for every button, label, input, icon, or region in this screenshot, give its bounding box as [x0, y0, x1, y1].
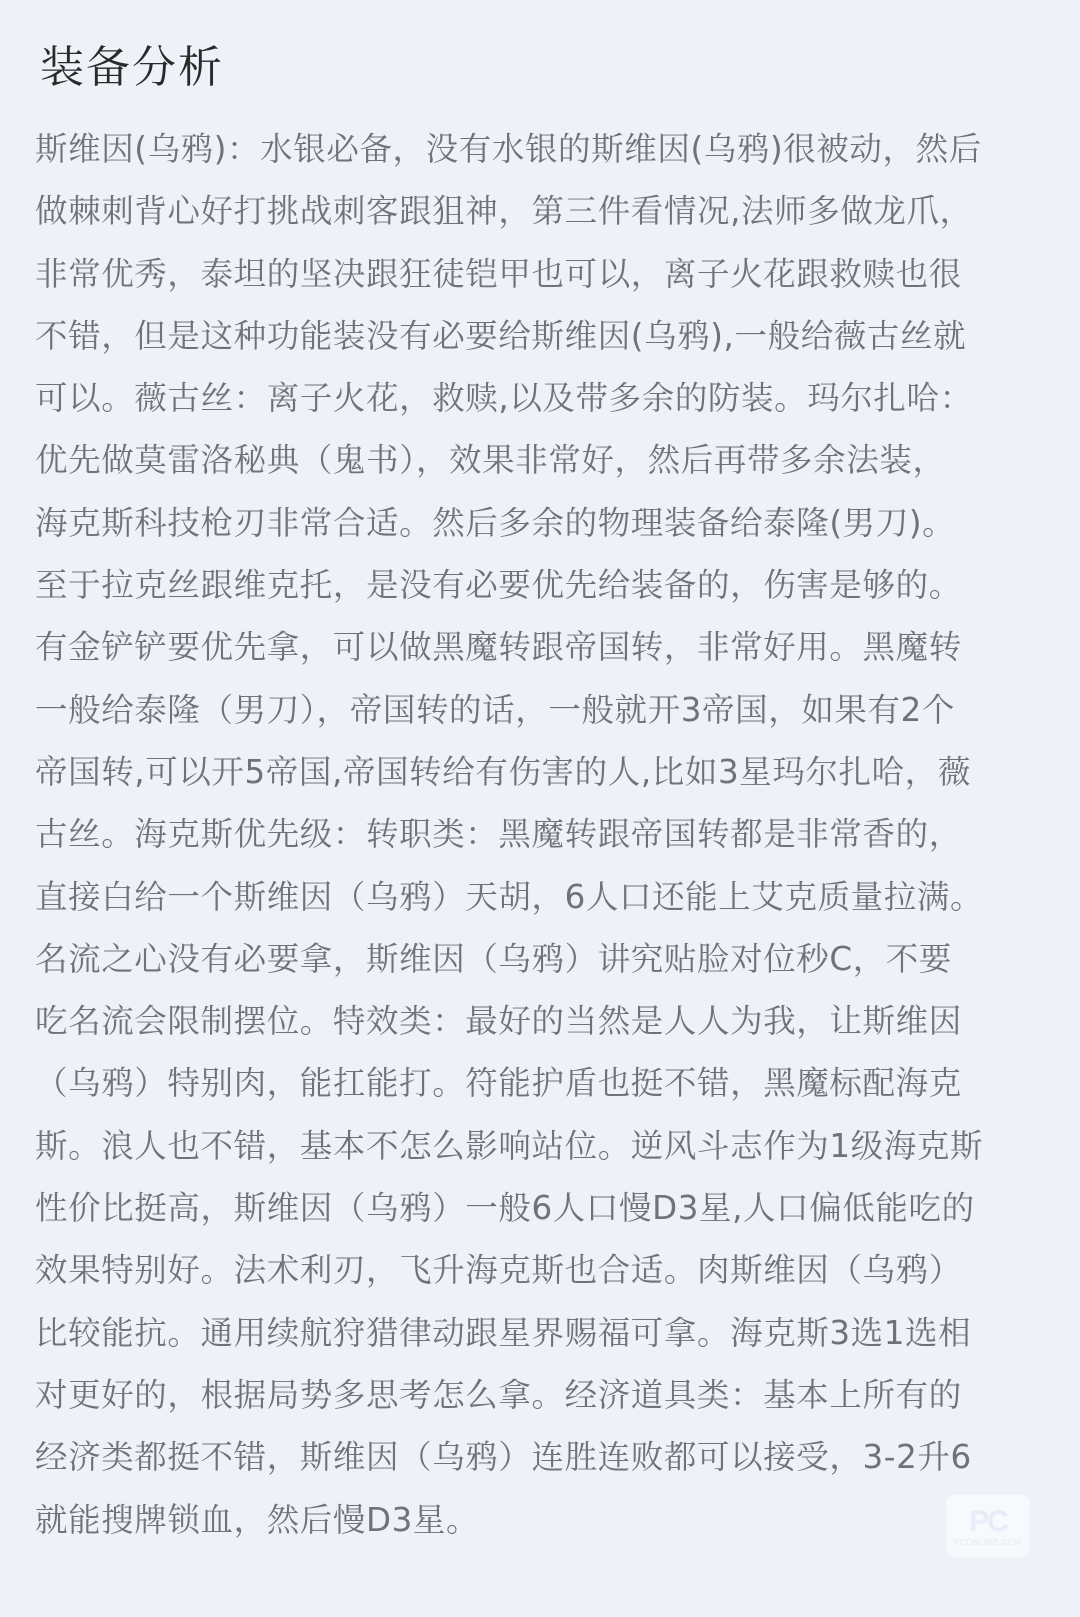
body-line: （乌鸦）特别肉，能扛能打。符能护盾也挺不错，黑魔标配海克 — [35, 1052, 1075, 1114]
body-line: 性价比挺高，斯维因（乌鸦）一般6人口慢D3星,人口偏低能吃的 — [35, 1177, 1075, 1239]
body-line: 吃名流会限制摆位。特效类：最好的当然是人人为我，让斯维因 — [35, 990, 1075, 1052]
body-line: 效果特别好。法术利刃，飞升海克斯也合适。肉斯维因（乌鸦） — [35, 1239, 1075, 1301]
body-line: 做棘刺背心好打挑战刺客跟狙神，第三件看情况,法师多做龙爪， — [35, 180, 1075, 242]
body-line: 海克斯科技枪刃非常合适。然后多余的物理装备给泰隆(男刀)。 — [35, 492, 1075, 554]
body-line: 名流之心没有必要拿，斯维因（乌鸦）讲究贴脸对位秒C，不要 — [35, 928, 1075, 990]
body-line: 至于拉克丝跟维克托，是没有必要优先给装备的，伤害是够的。 — [35, 554, 1075, 616]
article-title: 装备分析 — [40, 38, 224, 98]
body-line: 直接白给一个斯维因（乌鸦）天胡，6人口还能上艾克质量拉满。 — [35, 866, 1075, 928]
body-line: 比较能抗。通用续航狩猎律动跟星界赐福可拿。海克斯3选1选相 — [35, 1302, 1075, 1364]
body-line: 斯维因(乌鸦)：水银必备，没有水银的斯维因(乌鸦)很被动，然后 — [35, 118, 1075, 180]
article-body: 斯维因(乌鸦)：水银必备，没有水银的斯维因(乌鸦)很被动，然后 做棘刺背心好打挑… — [35, 118, 1075, 1551]
body-line: 有金铲铲要优先拿，可以做黑魔转跟帝国转，非常好用。黑魔转 — [35, 616, 1075, 678]
watermark-site-text: PCONLINE.COM — [954, 1538, 1022, 1547]
watermark-logo: PC PCONLINE.COM — [946, 1495, 1030, 1557]
body-line: 斯。浪人也不错，基本不怎么影响站位。逆风斗志作为1级海克斯 — [35, 1115, 1075, 1177]
body-line: 一般给泰隆（男刀），帝国转的话，一般就开3帝国，如果有2个 — [35, 679, 1075, 741]
article: 装备分析 斯维因(乌鸦)：水银必备，没有水银的斯维因(乌鸦)很被动，然后 做棘刺… — [0, 0, 1080, 1617]
body-line: 优先做莫雷洛秘典（鬼书），效果非常好，然后再带多余法装， — [35, 429, 1075, 491]
pc-logo-icon: PC — [969, 1506, 1007, 1538]
body-line: 帝国转,可以开5帝国,帝国转给有伤害的人,比如3星玛尔扎哈，薇 — [35, 741, 1075, 803]
body-line: 古丝。海克斯优先级：转职类：黑魔转跟帝国转都是非常香的， — [35, 803, 1075, 865]
body-line: 不错，但是这种功能装没有必要给斯维因(乌鸦),一般给薇古丝就 — [35, 305, 1075, 367]
body-line: 对更好的，根据局势多思考怎么拿。经济道具类：基本上所有的 — [35, 1364, 1075, 1426]
body-line: 可以。薇古丝：离子火花，救赎,以及带多余的防装。玛尔扎哈： — [35, 367, 1075, 429]
body-line: 就能搜牌锁血，然后慢D3星。 — [35, 1489, 1075, 1551]
body-line: 非常优秀，泰坦的坚决跟狂徒铠甲也可以，离子火花跟救赎也很 — [35, 243, 1075, 305]
body-line: 经济类都挺不错，斯维因（乌鸦）连胜连败都可以接受，3-2升6 — [35, 1426, 1075, 1488]
